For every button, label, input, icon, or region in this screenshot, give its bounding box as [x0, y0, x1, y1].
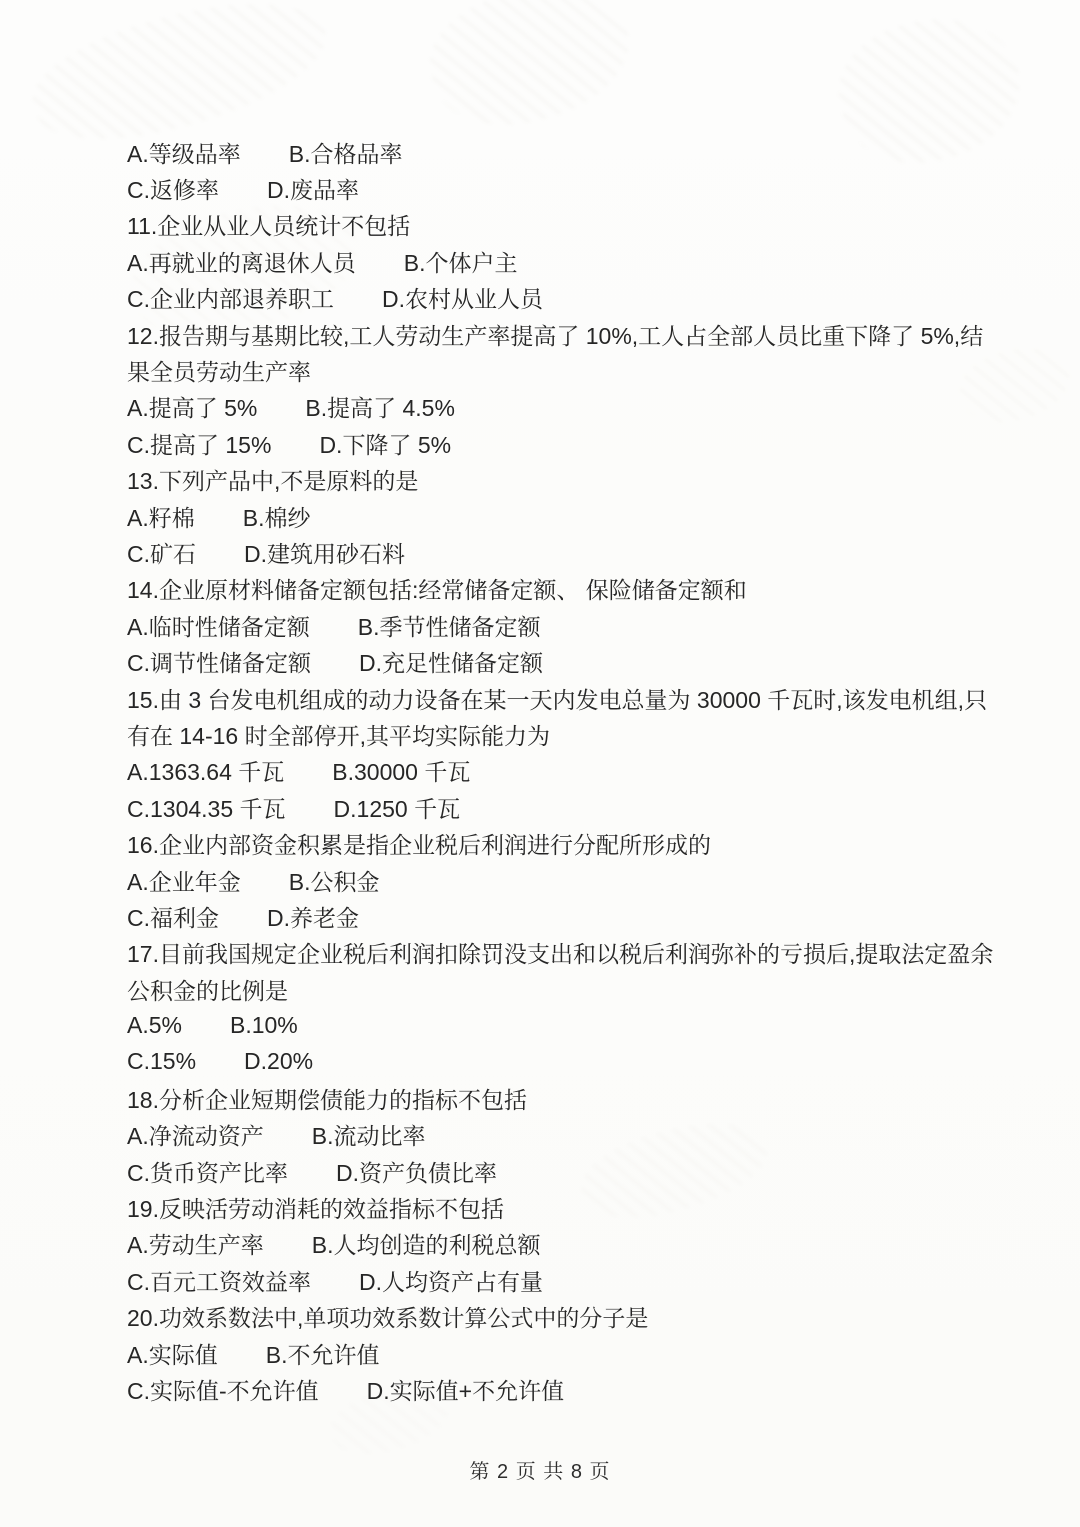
option-b: D.人均资产占有量 [359, 1264, 543, 1297]
question-line: 12.报告期与基期比较,工人劳动生产率提高了 10%,工人占全部人员比重下降了 … [127, 316, 997, 352]
option-a: C.企业内部退养职工 [127, 281, 334, 314]
option-a: A.临时性储备定额 [127, 609, 310, 642]
question-continuation-text: 果全员劳动生产率 [127, 354, 311, 387]
options-line: A.净流动资产B.流动比率 [127, 1117, 997, 1153]
options-line: A.籽棉B.棉纱 [127, 498, 997, 534]
options-line: C.百元工资效益率D.人均资产占有量 [127, 1262, 997, 1298]
question-text: 12.报告期与基期比较,工人劳动生产率提高了 10%,工人占全部人员比重下降了 … [127, 318, 983, 351]
option-a: A.企业年金 [127, 864, 241, 897]
options-line: A.提高了 5%B.提高了 4.5% [127, 389, 997, 425]
option-b: B.季节性储备定额 [358, 609, 541, 642]
question-text: 15.由 3 台发电机组成的动力设备在某一天内发电总量为 30000 千瓦时,该… [127, 682, 987, 715]
option-a: C.福利金 [127, 900, 219, 933]
option-a: C.1304.35 千瓦 [127, 791, 286, 824]
options-line: A.实际值B.不允许值 [127, 1335, 997, 1371]
options-line: A.临时性储备定额B.季节性储备定额 [127, 607, 997, 643]
page-footer: 第 2 页 共 8 页 [0, 1455, 1080, 1484]
option-b: B.合格品率 [289, 136, 403, 169]
question-line: 19.反映活劳动消耗的效益指标不包括 [127, 1189, 997, 1225]
question-line: 18.分析企业短期偿债能力的指标不包括 [127, 1080, 997, 1116]
options-line: C.企业内部退养职工D.农村从业人员 [127, 280, 997, 316]
option-b: D.1250 千瓦 [334, 791, 461, 824]
options-line: A.1363.64 千瓦B.30000 千瓦 [127, 753, 997, 789]
option-b: D.实际值+不允许值 [367, 1373, 564, 1406]
option-a: C.15% [127, 1048, 196, 1075]
exam-paper-page: A.等级品率B.合格品率C.返修率D.废品率11.企业从业人员统计不包括A.再就… [0, 0, 1080, 1527]
question-line: 16.企业内部资金积累是指企业税后利润进行分配所形成的 [127, 825, 997, 861]
option-b: D.下降了 5% [319, 427, 451, 460]
option-a: A.净流动资产 [127, 1118, 264, 1151]
question-line: 13.下列产品中,不是原料的是 [127, 462, 997, 498]
continuation-line: 公积金的比例是 [127, 971, 997, 1007]
question-text: 18.分析企业短期偿债能力的指标不包括 [127, 1082, 527, 1115]
option-b: D.废品率 [267, 172, 359, 205]
option-b: D.资产负债比率 [336, 1155, 497, 1188]
options-line: C.1304.35 千瓦D.1250 千瓦 [127, 789, 997, 825]
options-line: A.劳动生产率B.人均创造的利税总额 [127, 1226, 997, 1262]
question-line: 15.由 3 台发电机组成的动力设备在某一天内发电总量为 30000 千瓦时,该… [127, 680, 997, 716]
question-text-block: A.等级品率B.合格品率C.返修率D.废品率11.企业从业人员统计不包括A.再就… [127, 134, 997, 1408]
question-text: 17.目前我国规定企业税后利润扣除罚没支出和以税后利润弥补的亏损后,提取法定盈余 [127, 936, 993, 969]
continuation-line: 果全员劳动生产率 [127, 352, 997, 388]
option-b: D.20% [244, 1048, 313, 1075]
option-a: C.提高了 15% [127, 427, 271, 460]
option-b: D.养老金 [267, 900, 359, 933]
option-b: B.30000 千瓦 [332, 754, 470, 787]
option-a: C.实际值-不允许值 [127, 1373, 319, 1406]
page-number: 第 2 页 共 8 页 [469, 1461, 610, 1483]
question-text: 13.下列产品中,不是原料的是 [127, 463, 418, 496]
option-a: A.再就业的离退休人员 [127, 245, 356, 278]
options-line: A.再就业的离退休人员B.个体户主 [127, 243, 997, 279]
option-b: B.10% [230, 1012, 298, 1039]
option-b: D.建筑用砂石料 [244, 536, 405, 569]
option-a: C.货币资产比率 [127, 1155, 288, 1188]
options-line: C.福利金D.养老金 [127, 898, 997, 934]
options-line: C.返修率D.废品率 [127, 170, 997, 206]
option-b: B.提高了 4.5% [305, 390, 455, 423]
option-b: B.个体户主 [404, 245, 518, 278]
question-text: 19.反映活劳动消耗的效益指标不包括 [127, 1191, 504, 1224]
option-a: A.提高了 5% [127, 390, 257, 423]
option-a: A.5% [127, 1012, 182, 1039]
question-text: 14.企业原材料储备定额包括:经常储备定额、 保险储备定额和 [127, 572, 747, 605]
options-line: C.调节性储备定额D.充足性储备定额 [127, 643, 997, 679]
option-b: B.棉纱 [243, 500, 311, 533]
question-continuation-text: 有在 14-16 时全部停开,其平均实际能力为 [127, 718, 550, 751]
options-line: C.货币资产比率D.资产负债比率 [127, 1153, 997, 1189]
question-text: 16.企业内部资金积累是指企业税后利润进行分配所形成的 [127, 827, 711, 860]
options-line: A.5%B.10% [127, 1007, 997, 1043]
options-line: C.实际值-不允许值D.实际值+不允许值 [127, 1371, 997, 1407]
question-line: 11.企业从业人员统计不包括 [127, 207, 997, 243]
options-line: A.等级品率B.合格品率 [127, 134, 997, 170]
option-a: A.籽棉 [127, 500, 195, 533]
option-a: A.劳动生产率 [127, 1227, 264, 1260]
question-line: 14.企业原材料储备定额包括:经常储备定额、 保险储备定额和 [127, 571, 997, 607]
option-a: C.百元工资效益率 [127, 1264, 311, 1297]
option-b: B.公积金 [289, 864, 380, 897]
watermark-smudge [416, 0, 644, 145]
options-line: A.企业年金B.公积金 [127, 862, 997, 898]
option-a: A.实际值 [127, 1337, 218, 1370]
continuation-line: 有在 14-16 时全部停开,其平均实际能力为 [127, 716, 997, 752]
question-continuation-text: 公积金的比例是 [127, 973, 288, 1006]
option-a: A.1363.64 千瓦 [127, 754, 284, 787]
option-a: A.等级品率 [127, 136, 241, 169]
option-b: B.不允许值 [266, 1337, 380, 1370]
option-b: B.人均创造的利税总额 [312, 1227, 541, 1260]
option-a: C.矿石 [127, 536, 196, 569]
question-text: 20.功效系数法中,单项功效系数计算公式中的分子是 [127, 1300, 648, 1333]
options-line: C.15%D.20% [127, 1044, 997, 1080]
option-b: B.流动比率 [312, 1118, 426, 1151]
option-a: C.返修率 [127, 172, 219, 205]
option-b: D.充足性储备定额 [359, 645, 543, 678]
options-line: C.矿石D.建筑用砂石料 [127, 534, 997, 570]
option-a: C.调节性储备定额 [127, 645, 311, 678]
options-line: C.提高了 15%D.下降了 5% [127, 425, 997, 461]
question-text: 11.企业从业人员统计不包括 [127, 208, 410, 241]
option-b: D.农村从业人员 [382, 281, 543, 314]
question-line: 20.功效系数法中,单项功效系数计算公式中的分子是 [127, 1299, 997, 1335]
question-line: 17.目前我国规定企业税后利润扣除罚没支出和以税后利润弥补的亏损后,提取法定盈余 [127, 935, 997, 971]
